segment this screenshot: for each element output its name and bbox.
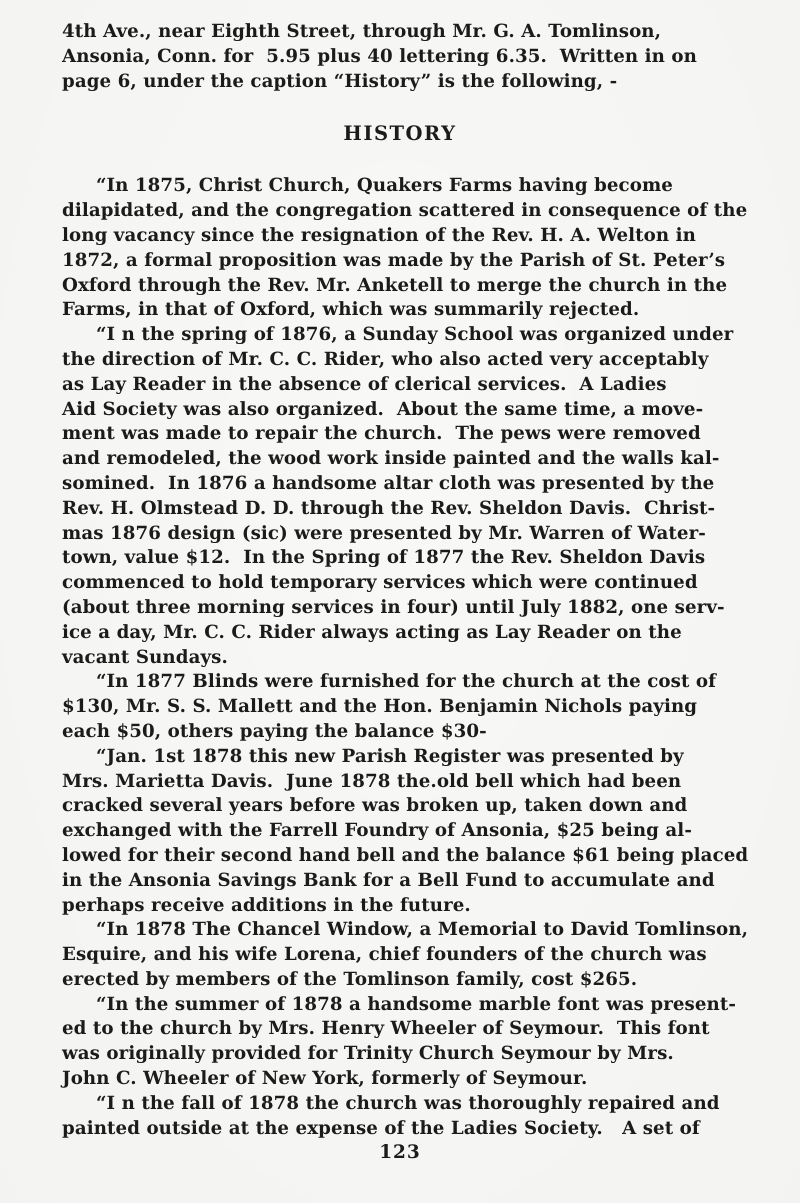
text-line: was originally provided for Trinity Chur… [62,1042,760,1067]
text-line: Mrs. Marietta Davis. June 1878 the.old b… [62,770,760,795]
text-line: “In 1875, Christ Church, Quakers Farms h… [62,174,760,199]
text-line: ment was made to repair the church. The … [62,422,760,447]
text-line: “Jan. 1st 1878 this new Parish Register … [62,745,760,770]
paragraph: “Jan. 1st 1878 this new Parish Register … [62,745,760,919]
text-line: vacant Sundays. [62,646,760,671]
text-line: (about three morning services in four) u… [62,596,760,621]
text-line: cracked several years before was broken … [62,794,760,819]
text-line: John C. Wheeler of New York, formerly of… [62,1067,760,1092]
text-line: lowed for their second hand bell and the… [62,844,760,869]
text-line: each $50, others paying the balance $30- [62,720,760,745]
text-line: ed to the church by Mrs. Henry Wheeler o… [62,1017,760,1042]
text-line: Esquire, and his wife Lorena, chief foun… [62,943,760,968]
paragraph: “In the summer of 1878 a handsome marble… [62,993,760,1092]
paragraph: “In 1877 Blinds were furnished for the c… [62,670,760,744]
text-line: town, value $12. In the Spring of 1877 t… [62,546,760,571]
text-line: somined. In 1876 a handsome altar cloth … [62,472,760,497]
text-line: ice a day, Mr. C. C. Rider always acting… [62,621,760,646]
text-line: painted outside at the expense of the La… [62,1117,760,1142]
text-line: the direction of Mr. C. C. Rider, who al… [62,348,760,373]
text-line: exchanged with the Farrell Foundry of An… [62,819,760,844]
text-line: $130, Mr. S. S. Mallett and the Hon. Ben… [62,695,760,720]
text-line: Oxford through the Rev. Mr. Anketell to … [62,274,760,299]
text-line: “In the summer of 1878 a handsome marble… [62,993,760,1018]
text-line: in the Ansonia Savings Bank for a Bell F… [62,869,760,894]
text-line: long vacancy since the resignation of th… [62,224,760,249]
text-line: erected by members of the Tomlinson fami… [62,968,760,993]
paragraph: “I n the fall of 1878 the church was tho… [62,1092,760,1142]
text-line: page 6, under the caption “History” is t… [62,70,760,95]
text-line: dilapidated, and the congregation scatte… [62,199,760,224]
document-body: “In 1875, Christ Church, Quakers Farms h… [62,174,760,1141]
text-line: Ansonia, Conn. for 5.95 plus 40 letterin… [62,45,760,70]
text-line: “I n the fall of 1878 the church was tho… [62,1092,760,1117]
text-line: “I n the spring of 1876, a Sunday School… [62,323,760,348]
text-line: “In 1877 Blinds were furnished for the c… [62,670,760,695]
text-line: and remodeled, the wood work inside pain… [62,447,760,472]
paragraph: “In 1878 The Chancel Window, a Memorial … [62,918,760,992]
page-number: 123 [62,1142,738,1163]
section-heading: HISTORY [62,122,738,145]
text-line: Aid Society was also organized. About th… [62,398,760,423]
text-line: commenced to hold temporary services whi… [62,571,760,596]
paragraph: “In 1875, Christ Church, Quakers Farms h… [62,174,760,323]
paragraph: “I n the spring of 1876, a Sunday School… [62,323,760,670]
text-line: Rev. H. Olmstead D. D. through the Rev. … [62,497,760,522]
text-line: mas 1876 design (sic) were presented by … [62,522,760,547]
intro-paragraph: 4th Ave., near Eighth Street, through Mr… [62,20,760,94]
scanned-document-page: 4th Ave., near Eighth Street, through Mr… [0,0,800,1203]
text-line: Farms, in that of Oxford, which was summ… [62,298,760,323]
text-line: “In 1878 The Chancel Window, a Memorial … [62,918,760,943]
text-line: 1872, a formal proposition was made by t… [62,249,760,274]
text-line: perhaps receive additions in the future. [62,894,760,919]
text-line: as Lay Reader in the absence of clerical… [62,373,760,398]
text-line: 4th Ave., near Eighth Street, through Mr… [62,20,760,45]
